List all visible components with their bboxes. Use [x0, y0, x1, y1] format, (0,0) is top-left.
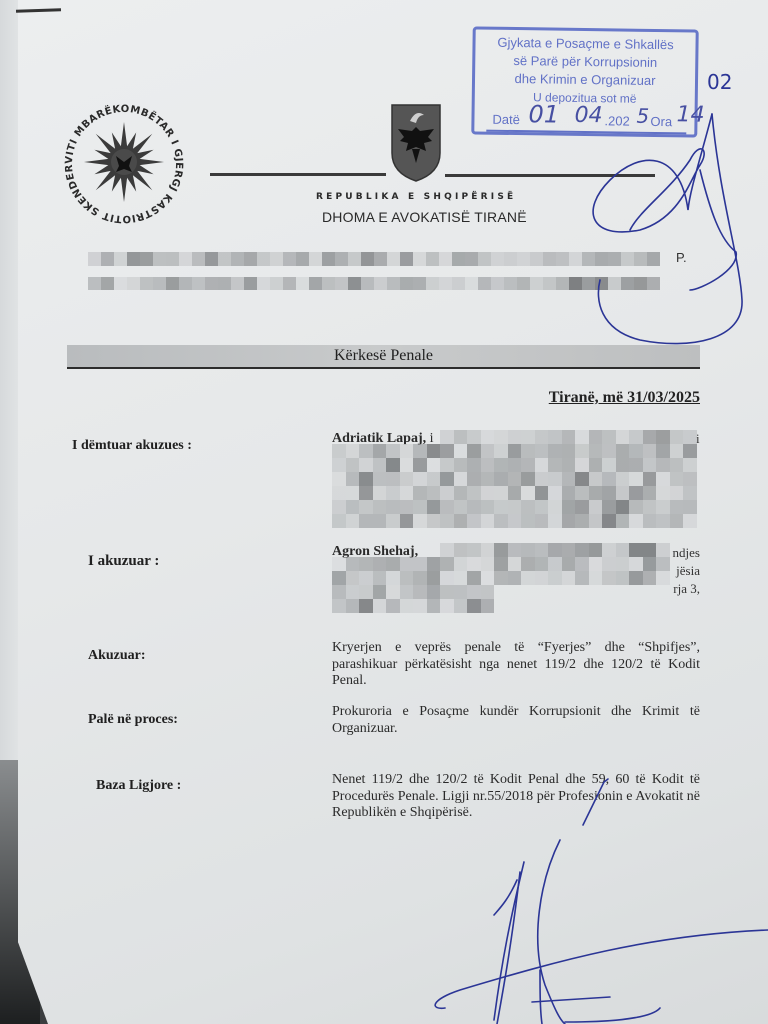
header-rule-left: [210, 173, 386, 176]
field-label-parties: Palë në proces:: [88, 712, 178, 728]
accuser-trailing: i: [696, 431, 700, 447]
header-rule-right: [445, 174, 655, 177]
field-label-injured-accuser: I dëmtuar akuzues :: [72, 438, 192, 454]
stamp-day: 01: [528, 100, 559, 128]
stamp-hour-label: Ora: [650, 114, 672, 129]
redacted-address-line: [88, 277, 660, 290]
stamp-line: dhe Krimin e Organizuar: [475, 71, 695, 88]
redacted-address-line: [88, 252, 660, 266]
field-label-legal-basis: Baza Ligjore :: [96, 778, 181, 794]
stamp-annotation: 02: [707, 70, 732, 94]
stamp-year-suffix: 5: [636, 104, 649, 128]
stamp-line: Gjykata e Posaçme e Shkallës: [475, 35, 695, 52]
stamp-underline: [486, 130, 686, 135]
redacted-suffix: P.: [676, 250, 687, 265]
field-label-accused: I akuzuar :: [88, 553, 159, 570]
skanderbeg-year-seal: VITI MBARËKOMBËTAR I GJERGJ KASTRIOTIT S…: [64, 104, 184, 224]
stamp-date-row: Datë: [492, 112, 520, 127]
place-date: Tiranë, më 31/03/2025: [549, 389, 700, 407]
stamp-hour: 14: [676, 102, 704, 127]
albania-coat-of-arms-icon: [390, 103, 442, 183]
court-filing-stamp: Gjykata e Posaçme e Shkallës së Parë për…: [471, 26, 698, 137]
title-underline: [67, 367, 700, 369]
seal-star-icon: VITI MBARËKOMBËTAR I GJERGJ KASTRIOTIT S…: [64, 104, 184, 224]
document-title-bar: Kërkesë Penale: [67, 345, 700, 367]
stamp-line: së Parë për Korrupsionin: [475, 53, 695, 70]
stamp-month: 04: [574, 103, 602, 128]
field-value-parties: Prokuroria e Posaçme kundër Korrupsionit…: [332, 704, 700, 737]
field-value-legal-basis: Nenet 119/2 dhe 120/2 të Kodit Penal dhe…: [332, 772, 700, 822]
field-label-charge: Akuzuar:: [88, 648, 146, 664]
chamber-heading: DHOMA E AVOKATISË TIRANË: [322, 209, 527, 225]
stamp-year-prefix: .202: [604, 113, 630, 128]
republic-heading: REPUBLIKA E SHQIPËRISË: [316, 192, 516, 202]
field-value-charge: Kryerjen e veprës penale të “Fyerjes” dh…: [332, 640, 700, 690]
stamp-date-label: Datë: [492, 112, 520, 127]
document-title: Kërkesë Penale: [67, 347, 700, 365]
